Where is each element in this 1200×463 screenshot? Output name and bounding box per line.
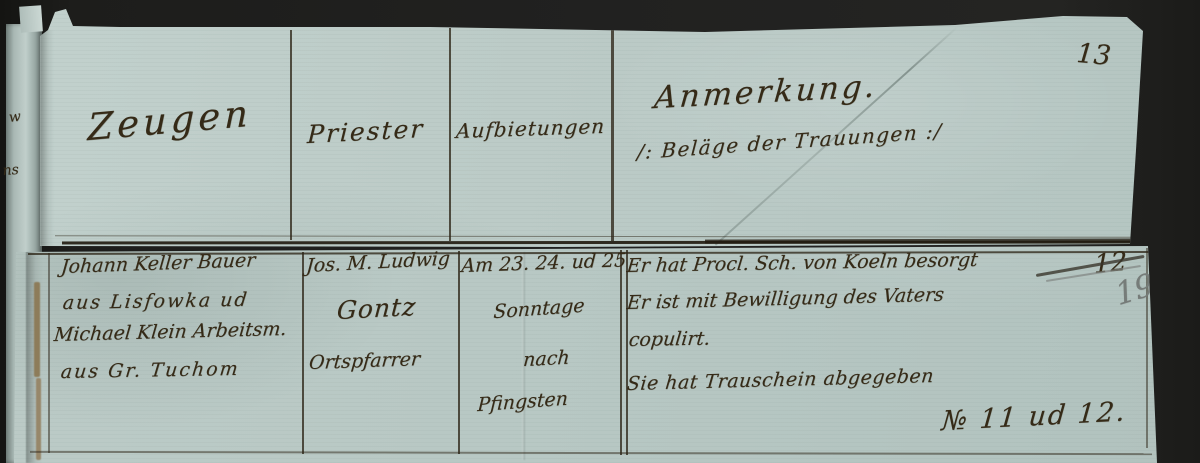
column-header-anmerkung: Anmerkung. <box>653 68 879 116</box>
margin-fragment: ns <box>2 162 19 179</box>
record-left-rule <box>48 253 50 453</box>
priest-line: Ortspfarrer <box>308 348 421 374</box>
column-header-aufbietungen: Aufbietungen <box>455 114 606 143</box>
witnesses-line: aus Gr. Tuchom <box>60 358 241 383</box>
priest-line: Gontz <box>336 292 417 325</box>
record-bottom-rule <box>30 451 1152 455</box>
column-header-zeugen: Zeugen <box>87 92 252 150</box>
header-bottom-rule-thin <box>55 235 1135 238</box>
record-column-divider <box>458 251 460 454</box>
remark-line: Sie hat Trauschein abgegeben <box>626 365 935 395</box>
record-column-divider-double <box>626 250 628 455</box>
banns-line: Sonntage <box>493 295 585 324</box>
spine-fold-shadow <box>40 30 54 246</box>
record-column-divider <box>302 252 304 454</box>
margin-fragment: w <box>8 109 22 126</box>
remark-line: copulirt. <box>628 328 712 351</box>
witnesses-line: Michael Klein Arbeitsm. <box>53 318 288 346</box>
header-column-divider <box>611 26 614 241</box>
banns-line: Am 23. 24. ud 25 <box>461 249 627 277</box>
column-header-priester: Priester <box>306 114 425 149</box>
header-column-divider <box>290 30 292 240</box>
remark-line: Er ist mit Bewilligung des Vaters <box>626 284 945 314</box>
certificate-reference: № 11 ud 12. <box>940 396 1128 437</box>
glue-streak <box>36 378 41 460</box>
header-column-divider <box>449 28 451 241</box>
record-column-divider <box>620 250 622 455</box>
paper-tab <box>19 5 43 32</box>
page-number: 13 <box>1075 38 1112 72</box>
banns-line: nach <box>522 347 570 372</box>
witnesses-line: aus Lisfowka ud <box>62 289 250 314</box>
glue-streak <box>34 282 40 377</box>
banns-line: Pfingsten <box>477 388 569 416</box>
register-scan: w ns Zeugen Priester Aufbietungen Anmerk… <box>0 0 1200 463</box>
column-header-anmerkung-subtitle: /: Beläge der Trauungen :/ <box>636 119 943 165</box>
